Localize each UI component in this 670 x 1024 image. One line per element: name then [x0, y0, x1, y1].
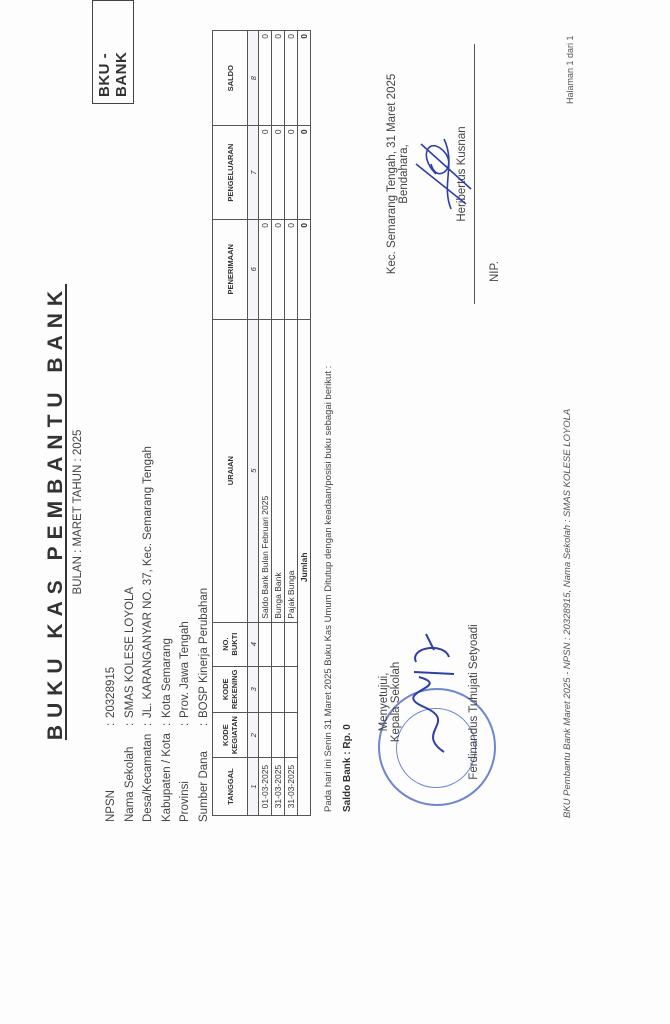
header-saldo: SALDO — [213, 31, 248, 126]
colon: : — [158, 718, 177, 726]
column-number-row: 1 2 3 4 5 6 7 8 — [248, 31, 259, 816]
cell-saldo: 0 — [259, 31, 272, 126]
column-number: 6 — [248, 220, 259, 320]
principal-signature-block: Menyetujui, Kepala Sekolah Ferdinandus T… — [378, 582, 480, 822]
principal-name: Ferdinandus Tuhujati Setyoadi — [468, 582, 480, 822]
table-header-row: TANGGAL KODE KEGIATAN KODE REKENING NO. … — [213, 31, 248, 816]
cell-saldo: 0 — [285, 31, 298, 126]
column-number: 7 — [248, 126, 259, 220]
total-pengeluaran: 0 — [298, 126, 311, 220]
info-value: JL. KARANGANYAR NO. 37, Kec. Semarang Te… — [139, 446, 158, 718]
header-uraian: URAIAN — [213, 319, 248, 622]
cell-no-bukti — [272, 622, 285, 666]
cell-tanggal: 31-03-2025 — [272, 758, 285, 816]
cell-kode-rekening — [259, 666, 272, 713]
info-row-nama-sekolah: Nama Sekolah:SMAS KOLESE LOYOLA — [121, 446, 140, 822]
place-date: Kec. Semarang Tengah, 31 Maret 2025 — [386, 44, 398, 304]
cell-pengeluaran: 0 — [285, 126, 298, 220]
header-pengeluaran: PENGELUARAN — [213, 126, 248, 220]
column-number: 4 — [248, 622, 259, 666]
cell-tanggal: 31-03-2025 — [285, 758, 298, 816]
column-number: 8 — [248, 31, 259, 126]
cell-uraian: Saldo Bank Bulan Februari 2025 — [259, 319, 272, 622]
info-row-provinsi: Provinsi:Prov. Jawa Tengah — [176, 446, 195, 822]
info-value: SMAS KOLESE LOYOLA — [121, 587, 140, 718]
approval-label: Menyetujui, — [378, 582, 390, 822]
bku-table: TANGGAL KODE KEGIATAN KODE REKENING NO. … — [212, 30, 311, 816]
column-number: 3 — [248, 666, 259, 713]
total-penerimaan: 0 — [298, 220, 311, 320]
treasurer-signature — [406, 124, 476, 224]
cell-kode-kegiatan — [272, 713, 285, 758]
cell-kode-kegiatan — [285, 713, 298, 758]
cell-uraian: Pajak Bunga — [285, 319, 298, 622]
colon: : — [102, 718, 121, 726]
bku-document-page: BUKU KAS PEMBANTU BANK BULAN : MARET TAH… — [0, 0, 670, 1024]
cell-kode-rekening — [285, 666, 298, 713]
bku-bank-badge: BKU - BANK — [92, 0, 134, 104]
table-total-row: Jumlah 0 0 0 — [298, 31, 311, 816]
saldo-bank: Saldo Bank : Rp. 0 — [342, 724, 353, 812]
colon: : — [176, 718, 195, 726]
header-no-bukti: NO. BUKTI — [213, 622, 248, 666]
principal-signature — [404, 632, 464, 762]
info-row-kabupaten-kota: Kabupaten / Kota:Kota Semarang — [158, 446, 177, 822]
colon: : — [195, 718, 214, 726]
header-kode-kegiatan: KODE KEGIATAN — [213, 713, 248, 758]
cell-kode-rekening — [272, 666, 285, 713]
treasurer-signature-block: Kec. Semarang Tengah, 31 Maret 2025 Bend… — [386, 44, 501, 304]
closing-statement: Pada hari ini Senin 31 Maret 2025 Buku K… — [323, 366, 334, 812]
info-label: Nama Sekolah — [121, 726, 140, 822]
footer-document-info: BKU Pembantu Bank Maret 2025 - NPSN : 20… — [562, 409, 573, 818]
header-kode-rekening: KODE REKENING — [213, 666, 248, 713]
document-title-text: BUKU KAS PEMBANTU BANK — [44, 284, 67, 740]
principal-role: Kepala Sekolah — [390, 582, 402, 822]
cell-saldo: 0 — [272, 31, 285, 126]
cell-uraian: Bunga Bank — [272, 319, 285, 622]
column-number: 1 — [248, 758, 259, 816]
total-saldo: 0 — [298, 31, 311, 126]
document-title: BUKU KAS PEMBANTU BANK — [44, 0, 68, 1024]
cell-penerimaan: 0 — [272, 220, 285, 320]
cell-pengeluaran: 0 — [272, 126, 285, 220]
table-row: 31-03-2025 Pajak Bunga 0 0 0 — [285, 31, 298, 816]
school-info-block: NPSN:20328915 Nama Sekolah:SMAS KOLESE L… — [102, 446, 213, 822]
footer-page-number: Halaman 1 dari 1 — [565, 35, 575, 104]
cell-no-bukti — [285, 622, 298, 666]
info-value: Prov. Jawa Tengah — [176, 621, 195, 718]
colon: : — [121, 718, 140, 726]
info-row-npsn: NPSN:20328915 — [102, 446, 121, 822]
table-row: 31-03-2025 Bunga Bank 0 0 0 — [272, 31, 285, 816]
info-row-sumber-dana: Sumber Dana:BOSP Kinerja Perubahan — [195, 446, 214, 822]
info-row-desa-kecamatan: Desa/Kecamatan:JL. KARANGANYAR NO. 37, K… — [139, 446, 158, 822]
info-value: 20328915 — [102, 667, 121, 718]
cell-no-bukti — [259, 622, 272, 666]
colon: : — [139, 718, 158, 726]
info-label: Desa/Kecamatan — [139, 726, 158, 822]
cell-penerimaan: 0 — [259, 220, 272, 320]
info-label: NPSN — [102, 726, 121, 822]
document-subtitle: BULAN : MARET TAHUN : 2025 — [72, 0, 84, 1024]
info-label: Provinsi — [176, 726, 195, 822]
nip-label: NIP. — [489, 44, 501, 304]
cell-penerimaan: 0 — [285, 220, 298, 320]
total-label: Jumlah — [298, 319, 311, 815]
table-row: 01-03-2025 Saldo Bank Bulan Februari 202… — [259, 31, 272, 816]
column-number: 5 — [248, 319, 259, 622]
info-label: Sumber Dana — [195, 726, 214, 822]
header-tanggal: TANGGAL — [213, 758, 248, 816]
column-number: 2 — [248, 713, 259, 758]
info-value: BOSP Kinerja Perubahan — [195, 588, 214, 718]
info-value: Kota Semarang — [158, 638, 177, 718]
info-label: Kabupaten / Kota — [158, 726, 177, 822]
cell-kode-kegiatan — [259, 713, 272, 758]
cell-pengeluaran: 0 — [259, 126, 272, 220]
cell-tanggal: 01-03-2025 — [259, 758, 272, 816]
header-penerimaan: PENERIMAAN — [213, 220, 248, 320]
